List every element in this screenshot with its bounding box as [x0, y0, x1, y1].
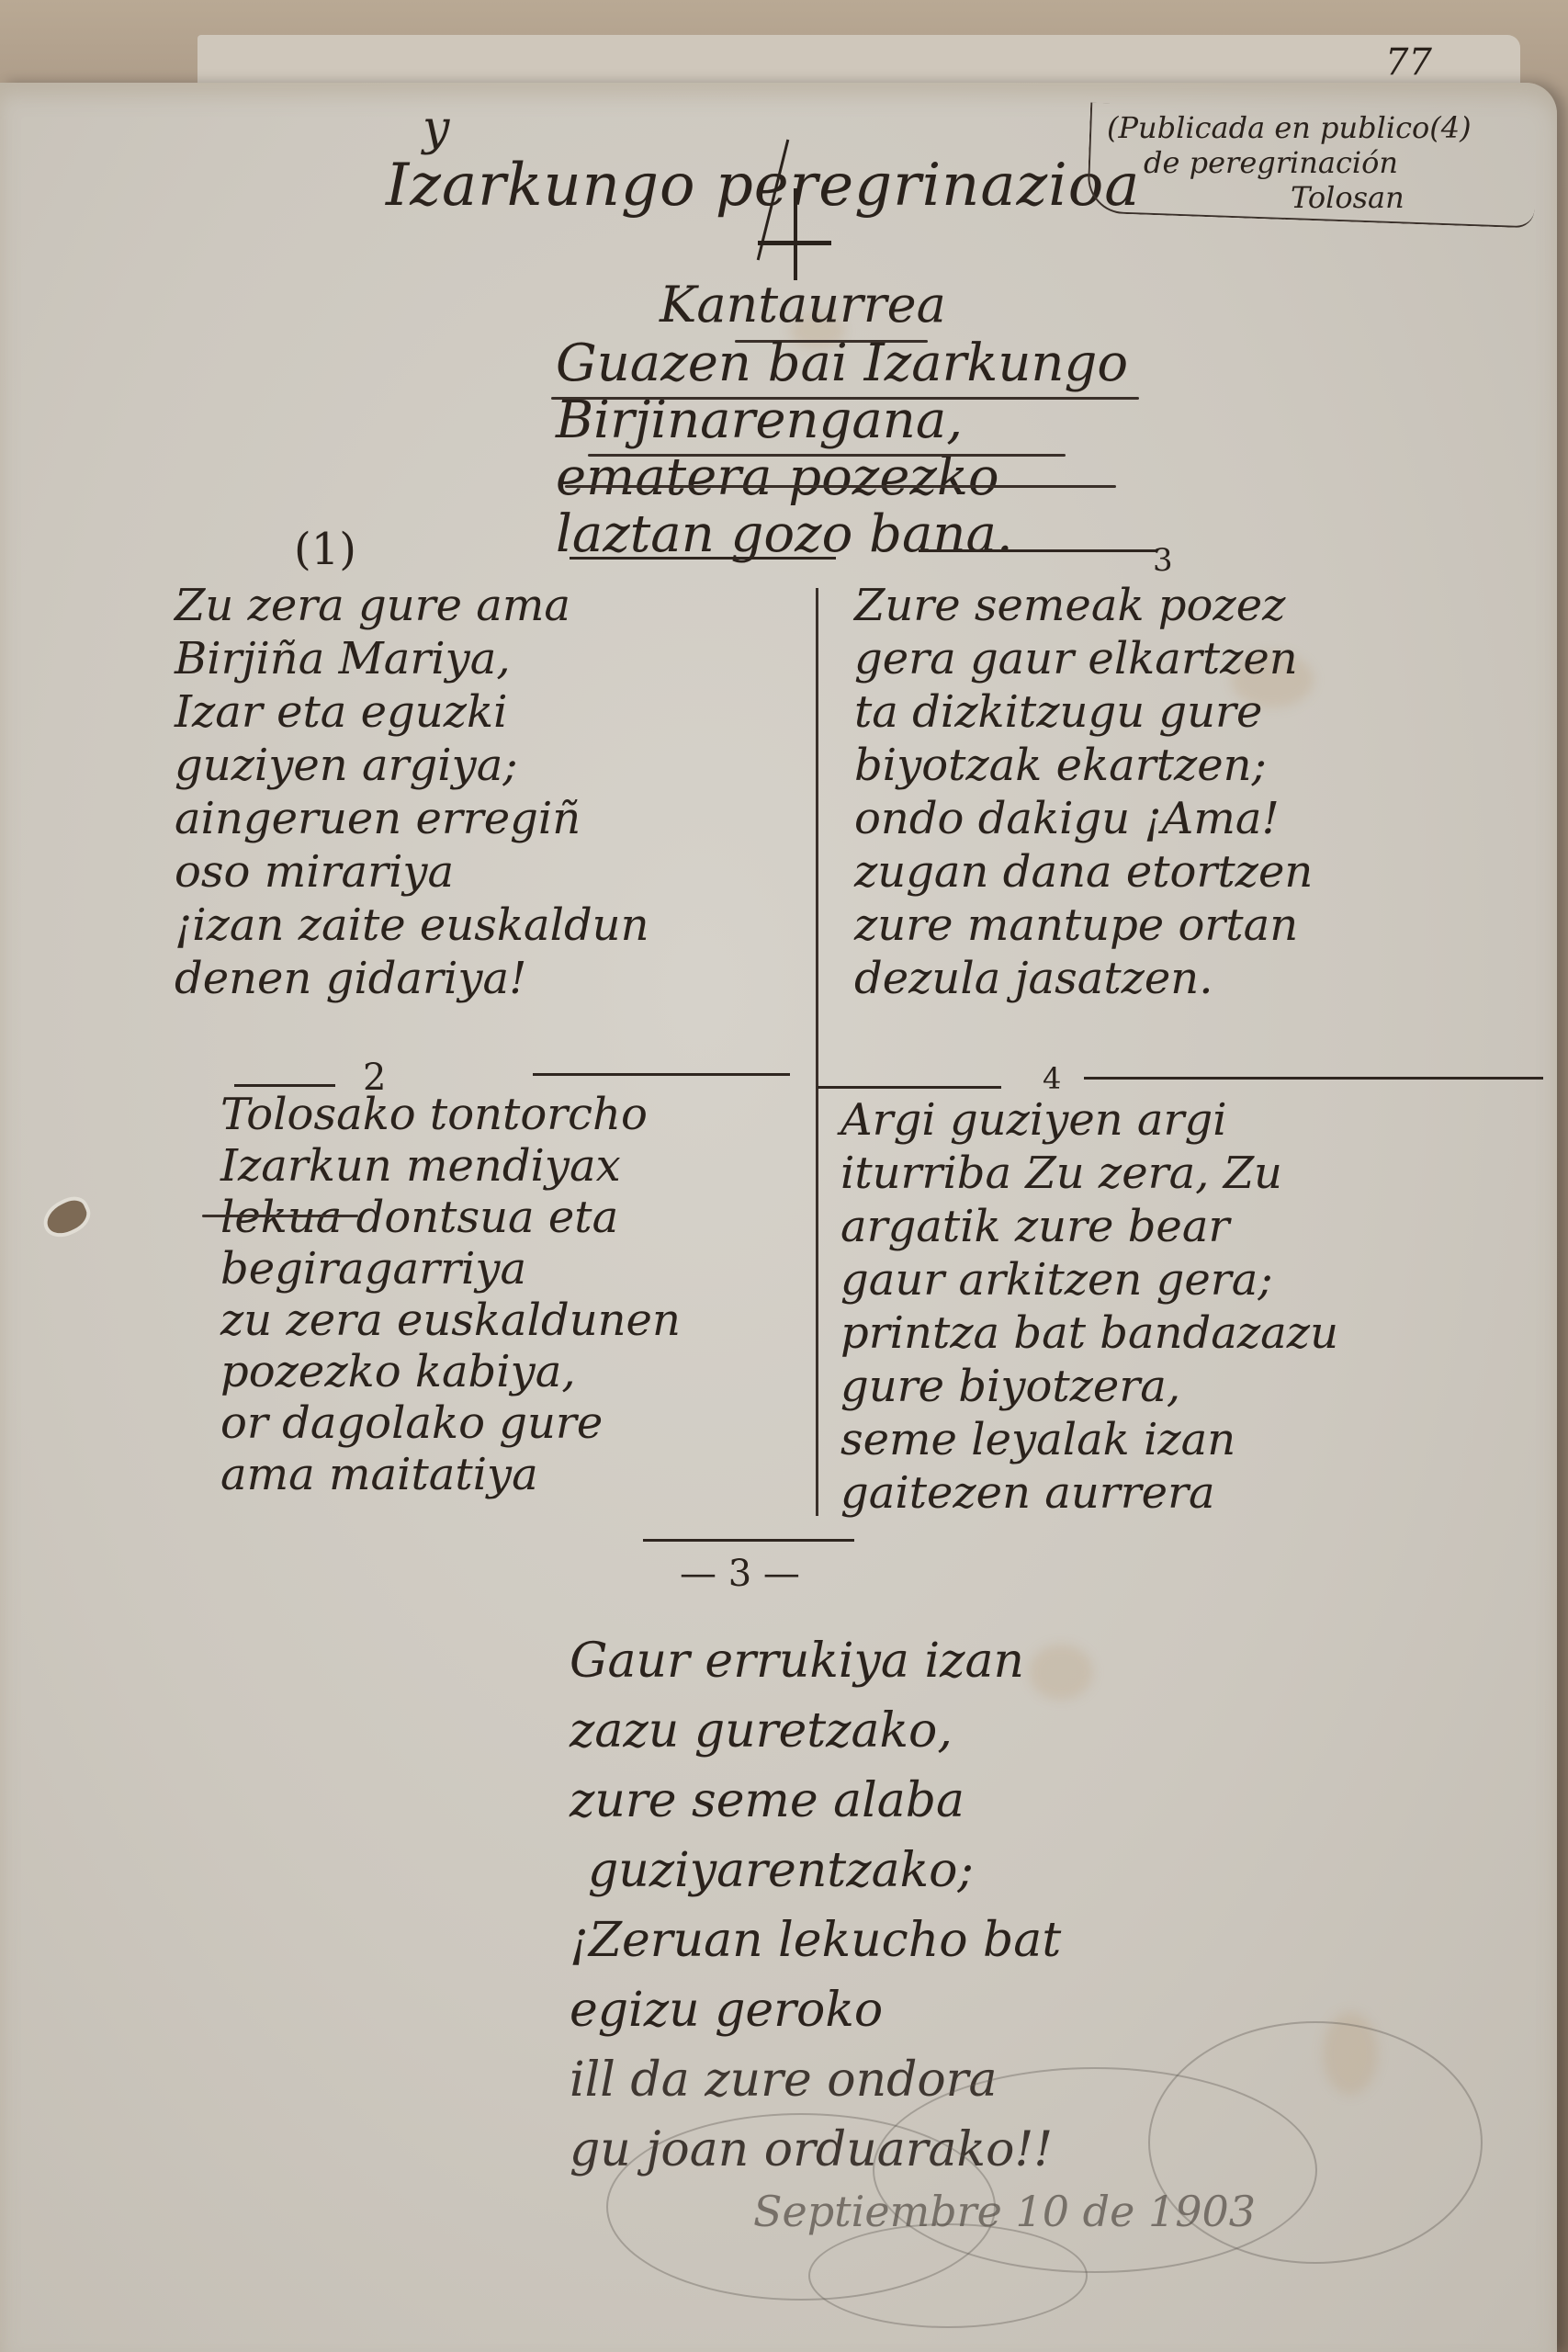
cross-icon-bar — [758, 241, 831, 245]
verse-line: gaur arkitzen gera; — [840, 1253, 1338, 1306]
chorus-line: Guazen bai Izarkungo — [556, 335, 1128, 392]
column-divider — [816, 588, 818, 1516]
verse-line: denen gidariya! — [175, 952, 649, 1005]
stanza-3: Zure semeak pozez gera gaur elkartzen ta… — [854, 579, 1313, 1005]
verse-line: Izar eta eguzki — [175, 685, 649, 739]
verse-line: argatik zure bear — [840, 1200, 1338, 1253]
verse-line: begiragarriya — [220, 1243, 681, 1295]
separator-line — [818, 1086, 1001, 1089]
verse-line: Zure semeak pozez — [854, 579, 1313, 632]
pencil-flourish — [808, 2223, 1088, 2328]
page-title: Izarkungo peregrinazioa — [386, 152, 1140, 220]
stanza-number: — 3 — — [680, 1553, 800, 1595]
stanza-number: (1) — [294, 524, 356, 575]
chorus-line: laztan gozo bana. — [556, 506, 1128, 563]
verse-line: ama maitatiya — [220, 1449, 681, 1500]
side-note-line: de peregrinación — [1107, 145, 1472, 180]
separator-line — [533, 1073, 790, 1076]
side-note-line: (Publicada en publico(4) — [1107, 110, 1472, 145]
verse-line: biyotzak ekartzen; — [854, 739, 1313, 792]
verse-line: ondo dakigu ¡Ama! — [854, 792, 1313, 845]
verse-line: guziyen argiya; — [175, 739, 649, 792]
underline — [588, 454, 1066, 457]
verse-line: ¡Zeruan lekucho bat — [570, 1905, 1061, 1975]
stanza-2: Tolosako tontorcho Izarkun mendiyax leku… — [220, 1089, 681, 1500]
underline — [202, 1215, 358, 1217]
verse-line: zure mantupe ortan — [854, 899, 1313, 952]
chorus-line: ematera pozezko — [556, 449, 1128, 506]
separator-line — [570, 557, 836, 560]
verse-line: pozezko kabiya, — [220, 1346, 681, 1397]
stanza-number: 3 — [1153, 542, 1173, 579]
separator-line — [643, 1539, 854, 1542]
verse-line: zure seme alaba — [570, 1766, 1061, 1836]
underline — [551, 397, 1139, 400]
verse-line: gure biyotzera, — [840, 1360, 1338, 1413]
verse-line: Izarkun mendiyax — [220, 1140, 681, 1192]
verse-line: printza bat bandazazu — [840, 1306, 1338, 1360]
verse-line: seme leyalak izan — [840, 1413, 1338, 1466]
verse-line: gera gaur elkartzen — [854, 632, 1313, 685]
verse-line: zugan dana etortzen — [854, 845, 1313, 899]
verse-line: zazu guretzako, — [570, 1696, 1061, 1766]
stanza-1: Zu zera gure ama Birjiña Mariya, Izar et… — [175, 579, 649, 1005]
verse-line: oso mirariya — [175, 845, 649, 899]
stanza-4: Argi guziyen argi iturriba Zu zera, Zu a… — [840, 1093, 1338, 1520]
cross-icon — [794, 188, 797, 280]
verse-line: egizu geroko — [570, 1975, 1061, 2045]
verse-line: ta dizkitzugu gure — [854, 685, 1313, 739]
verse-line: lekua dontsua eta — [220, 1192, 681, 1243]
chorus-line: Birjinarengana, — [556, 392, 1128, 449]
verse-line: zu zera euskaldunen — [220, 1295, 681, 1346]
separator-line — [919, 549, 1157, 552]
verse-line: Zu zera gure ama — [175, 579, 649, 632]
verse-line: aingeruen erregiñ — [175, 792, 649, 845]
verse-line: ¡izan zaite euskaldun — [175, 899, 649, 952]
separator-line — [1084, 1077, 1543, 1080]
verse-line: gaitezen aurrera — [840, 1466, 1338, 1520]
page-number: 77 — [1385, 41, 1432, 84]
date-signature: Septiembre 10 de 1903 — [753, 2187, 1256, 2236]
chorus-heading: Kantaurrea — [660, 276, 946, 334]
verse-line: Gaur errukiya izan — [570, 1626, 1061, 1696]
verse-line: Tolosako tontorcho — [220, 1089, 681, 1140]
verse-line: Birjiña Mariya, — [175, 632, 649, 685]
verse-line: guziyarentzako; — [570, 1836, 1061, 1905]
verse-line: or dagolako gure — [220, 1397, 681, 1449]
verse-line: iturriba Zu zera, Zu — [840, 1147, 1338, 1200]
side-note: (Publicada en publico(4) de peregrinació… — [1107, 110, 1472, 215]
marginal-letter: y — [423, 101, 449, 156]
side-note-line: Tolosan — [1107, 180, 1472, 215]
underline — [565, 485, 1116, 488]
separator-line — [234, 1084, 335, 1087]
stanza-number: 4 — [1043, 1061, 1061, 1096]
verse-line: dezula jasatzen. — [854, 952, 1313, 1005]
chorus-block: Guazen bai Izarkungo Birjinarengana, ema… — [556, 335, 1128, 563]
verse-line: Argi guziyen argi — [840, 1093, 1338, 1147]
